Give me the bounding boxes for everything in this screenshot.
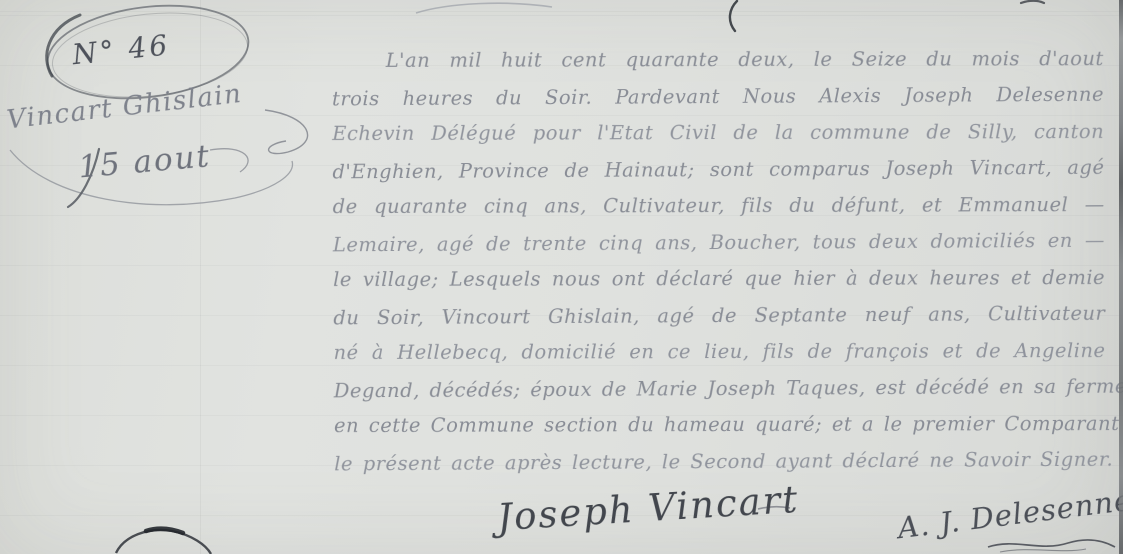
act-body-line: d'Enghien, Province de Hainaut; sont com… — [332, 149, 1104, 190]
act-body-line: L'an mil huit cent quarante deux, le Sei… — [332, 41, 1104, 80]
act-date-margin: 15 aout — [77, 130, 299, 185]
act-body-line: en cette Commune section du hameau quaré… — [334, 406, 1106, 445]
act-body-line: le village; Lesquels nous ont déclaré qu… — [333, 260, 1105, 299]
signature-registrar: A. J. Delesenne — [896, 483, 1123, 545]
act-body-line: du Soir, Vincourt Ghislain, agé de Septa… — [333, 295, 1105, 336]
act-body-line: né à Hellebecq, domicilié en ce lieu, fi… — [334, 333, 1106, 372]
act-body-line: Degand, décédés; époux de Marie Joseph T… — [334, 368, 1106, 409]
act-body-line: trois heures du Soir. Pardevant Nous Ale… — [332, 76, 1104, 117]
registrar-paraph-2 — [1000, 549, 1086, 552]
deceased-name-margin: Vincart Ghislain — [5, 71, 316, 136]
act-body-line: Echevin Délégué pour l'Etat Civil de la … — [332, 114, 1104, 153]
act-number: N° 46 — [71, 22, 234, 72]
act-body-line: de quarante cinq ans, Cultivateur, fils … — [333, 187, 1105, 226]
civil-register-scan: N° 46 Vincart Ghislain 15 aout L'an mil … — [0, 0, 1123, 554]
act-body: L'an mil huit cent quarante deux, le Sei… — [332, 40, 1107, 483]
top-right-stroke — [1021, 1, 1044, 3]
registrar-paraph — [988, 540, 1115, 547]
next-act-oval-heavy-stroke — [146, 529, 183, 533]
scan-right-edge — [1119, 0, 1123, 554]
act-body-line: le présent acte après lecture, le Second… — [334, 441, 1106, 482]
top-edge-swoosh — [416, 3, 552, 13]
act-body-line: Lemaire, agé de trente cinq ans, Boucher… — [333, 222, 1105, 263]
top-edge-descender — [730, 1, 737, 31]
next-act-oval-fragment — [116, 530, 211, 554]
signature-declarant: Joseph Vincart — [496, 478, 800, 539]
